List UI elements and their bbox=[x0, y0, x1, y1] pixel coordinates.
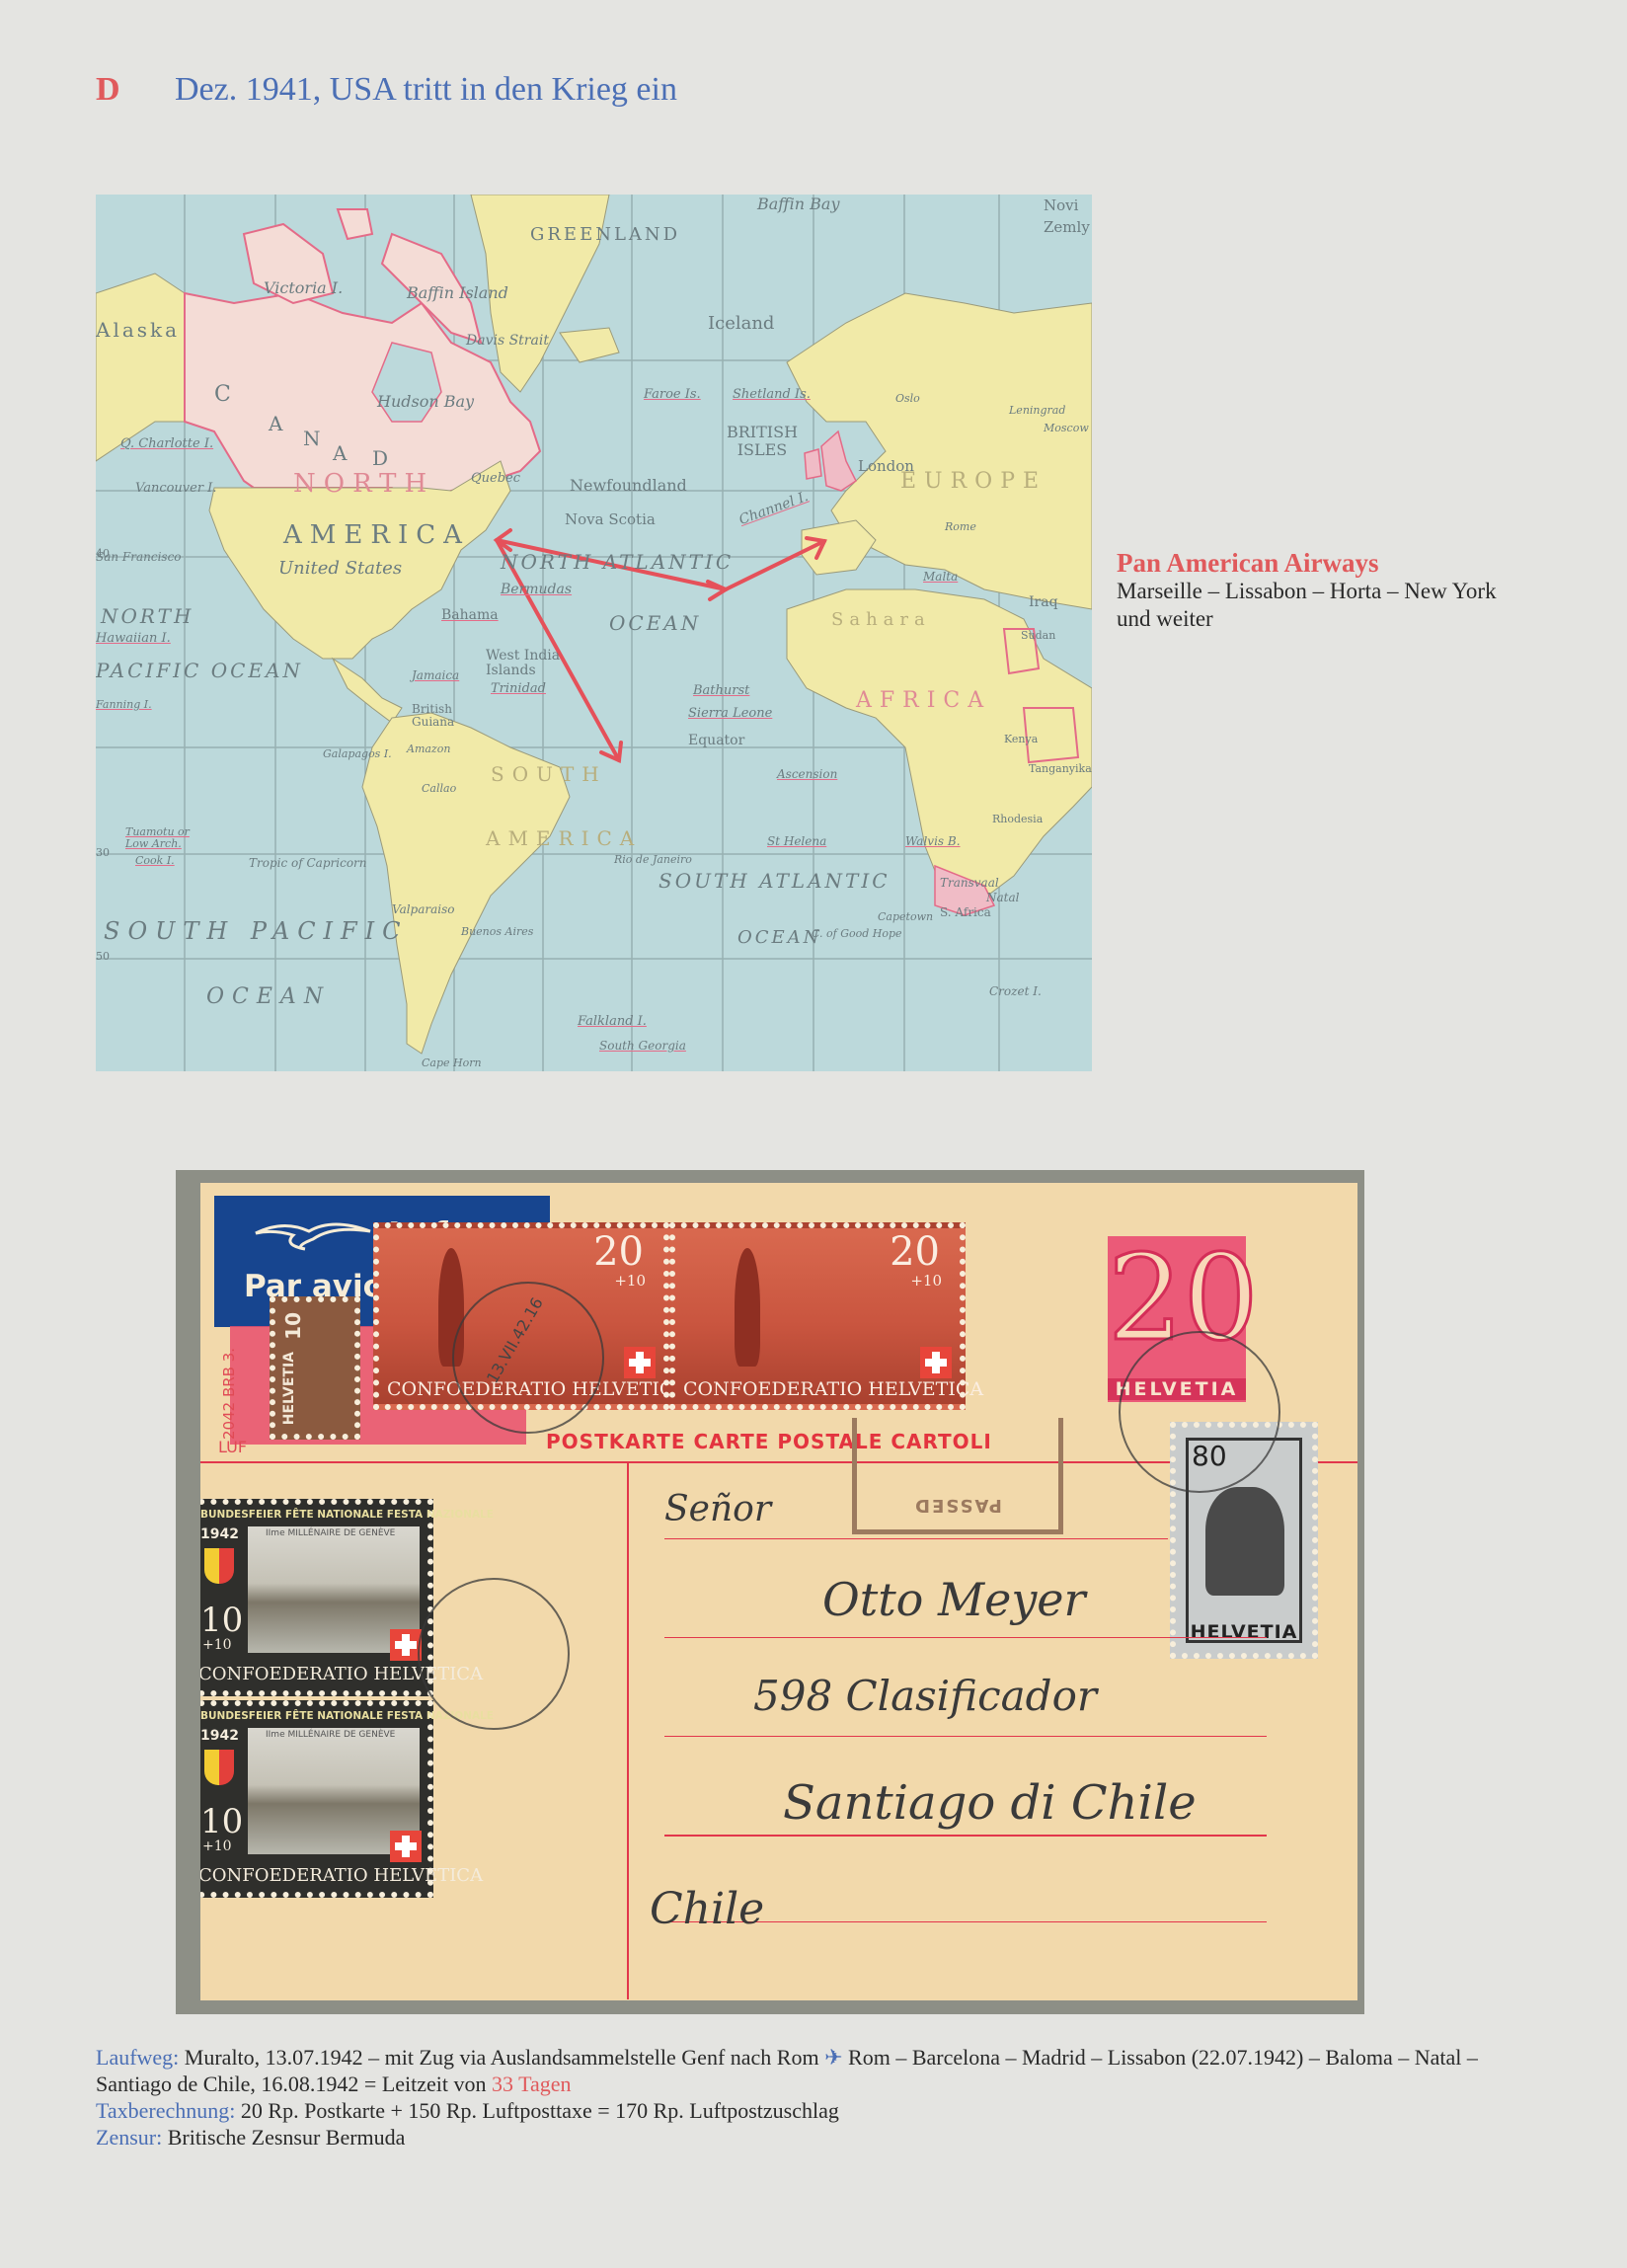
section-letter: D bbox=[96, 71, 120, 109]
route-text: Marseille – Lissabon – Horta – New York … bbox=[1117, 578, 1531, 633]
caption-route-text-1: Muralto, 13.07.1942 – mit Zug via Auslan… bbox=[179, 2045, 824, 2070]
map-label-s-africa: S. Africa bbox=[940, 905, 991, 919]
map-label-ascension: Ascension bbox=[777, 767, 837, 781]
map-label-south-georgia: South Georgia bbox=[599, 1039, 686, 1053]
map-label-baffin-bay: Baffin Bay bbox=[757, 195, 839, 213]
map-label-leningrad: Leningrad bbox=[1009, 404, 1065, 417]
stamp-geneva-value: 10 bbox=[200, 1603, 243, 1637]
map-label-tuamotu: Tuamotu or Low Arch. bbox=[125, 826, 214, 850]
airline-name: Pan American Airways bbox=[1117, 548, 1531, 578]
map-label-sudan: Sudan bbox=[1021, 629, 1055, 642]
map-label-tropic: Tropic of Capricorn bbox=[249, 856, 367, 870]
map-label-faroe: Faroe Is. bbox=[644, 387, 701, 402]
stamp-geneva-subtitle: IIme MILLÉNAIRE DE GENÈVE bbox=[266, 1528, 395, 1538]
map-label-equator: Equator bbox=[688, 733, 744, 748]
map-label-lat-40: 40 bbox=[96, 547, 110, 560]
address-country: Chile bbox=[650, 1884, 764, 1934]
address-street: 598 Clasificador bbox=[753, 1672, 1097, 1720]
stamp-red-bottom: CONFOEDERATIO HELVETICA bbox=[683, 1378, 983, 1400]
map-label-callao: Callao bbox=[422, 782, 456, 795]
map-label-america: AMERICA bbox=[283, 520, 470, 550]
map-label-charlotte: Q. Charlotte I. bbox=[120, 436, 213, 451]
map-label-oslo: Oslo bbox=[895, 392, 920, 405]
stamp-geneva-2: BUNDESFEIER FÊTE NATIONALE FESTA NAZIONA… bbox=[200, 1700, 433, 1898]
stamp-geneva-year: 1942 bbox=[200, 1526, 239, 1542]
address-salutation: Señor bbox=[664, 1489, 771, 1529]
stamp-geneva-surcharge: +10 bbox=[202, 1637, 232, 1653]
stamp-geneva-1: BUNDESFEIER FÊTE NATIONALE FESTA NAZIONA… bbox=[200, 1499, 433, 1696]
swiss-cross-icon bbox=[624, 1347, 656, 1378]
postmark bbox=[1119, 1331, 1280, 1493]
map-label-trinidad: Trinidad bbox=[491, 681, 546, 696]
map-label-fanning: Fanning I. bbox=[96, 698, 152, 711]
swiss-cross-icon bbox=[390, 1831, 422, 1862]
map-label-st-helena: St Helena bbox=[767, 834, 826, 848]
stamp-red-value: 20 bbox=[593, 1232, 644, 1272]
map-label-hawaiian: Hawaiian I. bbox=[96, 631, 171, 646]
map-label-canada-d: D bbox=[372, 446, 388, 470]
map-label-nova-scotia: Nova Scotia bbox=[565, 510, 656, 528]
map-label-pacific-ocean: PACIFIC OCEAN bbox=[96, 659, 303, 682]
stamp-geneva-year: 1942 bbox=[200, 1728, 239, 1744]
map-label-falkland: Falkland I. bbox=[578, 1014, 647, 1029]
stamp-20-red-right: 20 +10 CONFOEDERATIO HELVETICA bbox=[669, 1222, 966, 1410]
map-label-canada-a1: A bbox=[269, 412, 282, 435]
map-label-rome: Rome bbox=[945, 520, 976, 533]
stamp-geneva-top: BUNDESFEIER FÊTE NATIONALE FESTA NAZIONA… bbox=[200, 1509, 420, 1521]
card-print-fragment: LUF bbox=[218, 1438, 247, 1456]
caption-censorship: Zensur: Britische Zesnsur Bermuda bbox=[96, 2124, 1557, 2151]
map-label-north: NORTH bbox=[293, 469, 434, 499]
caption-tax-label: Taxberechnung: bbox=[96, 2098, 235, 2123]
map-label-iraq: Iraq bbox=[1029, 594, 1058, 610]
stamp-red-value: 20 bbox=[890, 1232, 940, 1272]
map-label-malta: Malta bbox=[923, 570, 958, 584]
map-label-north-pacific: NORTH bbox=[101, 604, 194, 628]
map-label-united-states: United States bbox=[278, 558, 402, 579]
map-label-west-india: West India Islands bbox=[486, 649, 584, 678]
map-label-ocean-pacific: OCEAN bbox=[206, 984, 331, 1009]
map-label-lat-50s: 50 bbox=[96, 950, 110, 963]
map-label-ocean-atlantic: OCEAN bbox=[609, 611, 701, 635]
map-label-shetland: Shetland Is. bbox=[733, 387, 811, 402]
postmark bbox=[418, 1578, 570, 1730]
geneva-shield-icon bbox=[204, 1750, 234, 1785]
map-label-british-guiana: British Guiana bbox=[412, 703, 471, 729]
stamp-geneva-value: 10 bbox=[200, 1805, 243, 1838]
map-label-north-atlantic: NORTH ATLANTIC bbox=[501, 550, 734, 574]
stamp-red-surcharge: +10 bbox=[910, 1272, 942, 1290]
map-label-quebec: Quebec bbox=[471, 471, 520, 486]
card-imprint: 2042 BRB 3. bbox=[220, 1348, 238, 1440]
censor-mark: PASSED bbox=[852, 1418, 1063, 1534]
map-label-victoria: Victoria I. bbox=[264, 278, 343, 297]
map-label-rio: Rio de Janeiro bbox=[614, 853, 692, 866]
map-label-lat-30s: 30 bbox=[96, 846, 110, 859]
caption-transit-days: 33 Tagen bbox=[492, 2072, 572, 2096]
map-label-crozet: Crozet I. bbox=[989, 984, 1042, 998]
map-label-davis-strait: Davis Strait bbox=[466, 333, 549, 349]
map-label-moscow: Moscow bbox=[1044, 422, 1089, 434]
map-label-newfoundland: Newfoundland bbox=[570, 476, 687, 495]
map-label-galapagos: Galapagos I. bbox=[323, 747, 392, 760]
map-label-europe: EUROPE bbox=[900, 469, 1046, 494]
map-label-bathurst: Bathurst bbox=[693, 683, 749, 698]
map-label-ocean-south: OCEAN bbox=[737, 927, 821, 948]
map-label-hudson-bay: Hudson Bay bbox=[377, 392, 474, 411]
map-label-cook: Cook I. bbox=[135, 854, 175, 867]
stamp-geneva-bottom: CONFOEDERATIO HELVETICA bbox=[200, 1865, 483, 1886]
map-label-bahamas: Bahama bbox=[441, 607, 499, 623]
map-label-africa: AFRICA bbox=[856, 688, 991, 713]
map-label-sahara: Sahara bbox=[831, 609, 931, 630]
postcard: Luftpo Par avion - Via aer 2042 BRB 3. L… bbox=[200, 1183, 1357, 2000]
stamp-brown-country: HELVETIA bbox=[281, 1352, 297, 1425]
stamp-geneva-top: BUNDESFEIER FÊTE NATIONALE FESTA NAZIONA… bbox=[200, 1710, 420, 1722]
map-label-south-atlantic: SOUTH ATLANTIC bbox=[659, 869, 891, 893]
map-label-rhodesia: Rhodesia bbox=[992, 813, 1043, 825]
caption-route-label: Laufweg: bbox=[96, 2045, 179, 2070]
world-map: Baffin Bay GREENLAND Iceland Alaska Vict… bbox=[96, 195, 1092, 1071]
map-label-greenland: GREENLAND bbox=[530, 224, 680, 245]
flame-monument-icon bbox=[735, 1248, 760, 1367]
map-label-canada-a2: A bbox=[333, 441, 347, 465]
map-label-kenya: Kenya bbox=[1004, 733, 1038, 745]
censor-text: PASSED bbox=[857, 1495, 1058, 1516]
map-label-jamaica: Jamaica bbox=[412, 668, 459, 682]
map-label-british-isles: BRITISH ISLES bbox=[718, 424, 807, 459]
map-label-buenos-aires: Buenos Aires bbox=[461, 925, 533, 938]
page-title: Dez. 1941, USA tritt in den Krieg ein bbox=[175, 71, 677, 109]
caption-censorship-text: Britische Zesnsur Bermuda bbox=[162, 2125, 405, 2150]
caption-tax: Taxberechnung: 20 Rp. Postkarte + 150 Rp… bbox=[96, 2097, 1557, 2124]
caption-route: Laufweg: Muralto, 13.07.1942 – mit Zug v… bbox=[96, 2044, 1557, 2097]
airplane-icon: ✈ bbox=[824, 2045, 842, 2070]
map-label-transvaal: Transvaal bbox=[940, 876, 999, 890]
map-label-cape-good-hope: C. of Good Hope bbox=[812, 927, 902, 940]
map-label-sierra-leone: Sierra Leone bbox=[688, 706, 772, 721]
stamp-geneva-surcharge: +10 bbox=[202, 1838, 232, 1854]
geneva-shield-icon bbox=[204, 1548, 234, 1584]
map-label-amazon: Amazon bbox=[407, 743, 450, 755]
caption-tax-text: 20 Rp. Postkarte + 150 Rp. Luftposttaxe … bbox=[235, 2098, 838, 2123]
route-description: Pan American Airways Marseille – Lissabo… bbox=[1117, 548, 1531, 633]
caption-censorship-label: Zensur: bbox=[96, 2125, 162, 2150]
map-label-bermudas: Bermudas bbox=[501, 582, 572, 597]
seagull-icon bbox=[254, 1217, 372, 1253]
soldier-figure-icon bbox=[1205, 1487, 1284, 1596]
map-label-vancouver: Vancouver I. bbox=[135, 481, 216, 496]
map-label-walvis: Walvis B. bbox=[905, 834, 961, 848]
map-label-natal: Natal bbox=[986, 891, 1019, 904]
map-label-canada-c: C bbox=[214, 382, 231, 407]
stamp-red-surcharge: +10 bbox=[614, 1272, 646, 1290]
map-label-iceland: Iceland bbox=[708, 313, 774, 334]
stamp-10-brown: 10 HELVETIA bbox=[270, 1296, 360, 1440]
map-label-capetown: Capetown bbox=[878, 910, 933, 923]
map-label-baffin-island: Baffin Island bbox=[407, 283, 508, 302]
stamp-geneva-subtitle: IIme MILLÉNAIRE DE GENÈVE bbox=[266, 1730, 395, 1740]
map-label-canada-n: N bbox=[303, 427, 321, 450]
address-name: Otto Meyer bbox=[822, 1573, 1086, 1626]
divider-rule bbox=[627, 1461, 629, 1999]
map-label-novaya-zemlya: Novi Zemly bbox=[1044, 195, 1092, 238]
map-label-cape-horn: Cape Horn bbox=[422, 1056, 482, 1069]
map-label-valparaiso: Valparaiso bbox=[392, 902, 455, 916]
map-label-south-pacific: SOUTH PACIFIC bbox=[104, 917, 409, 945]
map-label-america-south: AMERICA bbox=[486, 826, 642, 850]
stamp-grey-country: HELVETIA bbox=[1176, 1621, 1312, 1643]
stamp-brown-value: 10 bbox=[281, 1312, 305, 1340]
map-label-tanganyika: Tanganyika bbox=[1029, 762, 1092, 775]
caption: Laufweg: Muralto, 13.07.1942 – mit Zug v… bbox=[96, 2044, 1557, 2151]
swiss-cross-icon bbox=[920, 1347, 952, 1378]
map-label-alaska: Alaska bbox=[96, 318, 180, 342]
map-label-south: SOUTH bbox=[491, 762, 607, 786]
address-city: Santiago di Chile bbox=[783, 1775, 1197, 1831]
